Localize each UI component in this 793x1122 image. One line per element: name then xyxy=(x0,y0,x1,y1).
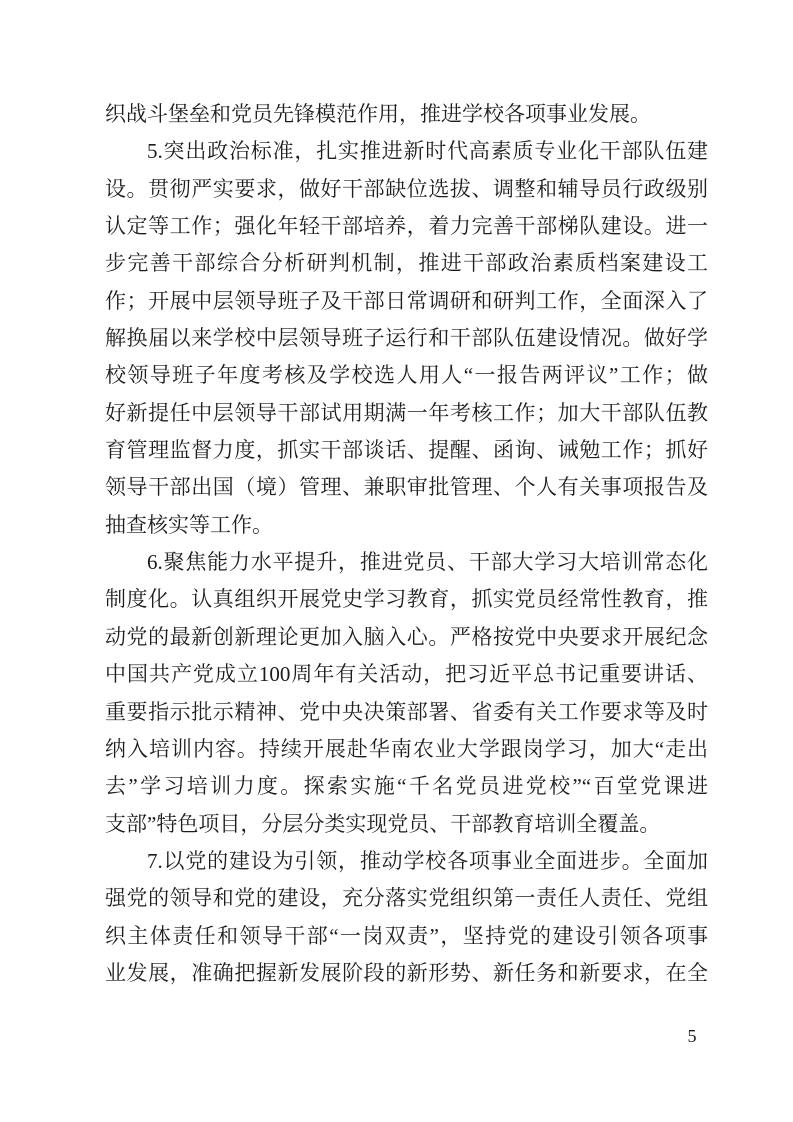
text-line: 纳入培训内容。持续开展赴华南农业大学跟岗学习，加大“走出 xyxy=(105,731,708,768)
text-line: 5.突出政治标准，扎实推进新时代高素质专业化干部队伍建 xyxy=(105,133,708,170)
text-line: 重要指示批示精神、党中央决策部署、省委有关工作要求等及时 xyxy=(105,694,708,731)
body-text: 织战斗堡垒和党员先锋模范作用，推进学校各项事业发展。5.突出政治标准，扎实推进新… xyxy=(105,96,708,992)
text-line: 6.聚焦能力水平提升，推进党员、干部大学习大培训常态化 xyxy=(105,544,708,581)
text-line: 育管理监督力度，抓实干部谈话、提醒、函询、诫勉工作；抓好 xyxy=(105,432,708,469)
text-line: 设。贯彻严实要求，做好干部缺位选拔、调整和辅导员行政级别 xyxy=(105,171,708,208)
text-line: 强党的领导和党的建设，充分落实党组织第一责任人责任、党组 xyxy=(105,880,708,917)
para-item-7: 7.以党的建设为引领，推动学校各项事业全面进步。全面加强党的领导和党的建设，充分… xyxy=(105,843,708,992)
text-line: 制度化。认真组织开展党史学习教育，抓实党员经常性教育，推 xyxy=(105,581,708,618)
text-line: 好新提任中层领导干部试用期满一年考核工作；加大干部队伍教 xyxy=(105,395,708,432)
text-line: 解换届以来学校中层领导班子运行和干部队伍建设情况。做好学 xyxy=(105,320,708,357)
text-line: 中国共产党成立100周年有关活动，把习近平总书记重要讲话、 xyxy=(105,656,708,693)
document-page: 织战斗堡垒和党员先锋模范作用，推进学校各项事业发展。5.突出政治标准，扎实推进新… xyxy=(0,0,793,1122)
text-line: 步完善干部综合分析研判机制，推进干部政治素质档案建设工 xyxy=(105,245,708,282)
text-line: 7.以党的建设为引领，推动学校各项事业全面进步。全面加 xyxy=(105,843,708,880)
text-line: 织战斗堡垒和党员先锋模范作用，推进学校各项事业发展。 xyxy=(105,96,708,133)
text-line: 支部”特色项目，分层分类实现党员、干部教育培训全覆盖。 xyxy=(105,806,708,843)
text-line: 领导干部出国（境）管理、兼职审批管理、个人有关事项报告及 xyxy=(105,469,708,506)
text-line: 去”学习培训力度。探索实施“千名党员进党校”“百堂党课进 xyxy=(105,768,708,805)
text-line: 作；开展中层领导班子及干部日常调研和研判工作，全面深入了 xyxy=(105,283,708,320)
text-line: 校领导班子年度考核及学校选人用人“一报告两评议”工作；做 xyxy=(105,357,708,394)
page-number: 5 xyxy=(668,1025,716,1047)
text-line: 抽查核实等工作。 xyxy=(105,507,708,544)
text-line: 认定等工作；强化年轻干部培养，着力完善干部梯队建设。进一 xyxy=(105,208,708,245)
para-item-5: 5.突出政治标准，扎实推进新时代高素质专业化干部队伍建设。贯彻严实要求，做好干部… xyxy=(105,133,708,544)
text-line: 织主体责任和领导干部“一岗双责”，坚持党的建设引领各项事 xyxy=(105,918,708,955)
text-line: 业发展，准确把握新发展阶段的新形势、新任务和新要求，在全 xyxy=(105,955,708,992)
text-line: 动党的最新创新理论更加入脑入心。严格按党中央要求开展纪念 xyxy=(105,619,708,656)
para-continuation: 织战斗堡垒和党员先锋模范作用，推进学校各项事业发展。 xyxy=(105,96,708,133)
para-item-6: 6.聚焦能力水平提升，推进党员、干部大学习大培训常态化制度化。认真组织开展党史学… xyxy=(105,544,708,843)
